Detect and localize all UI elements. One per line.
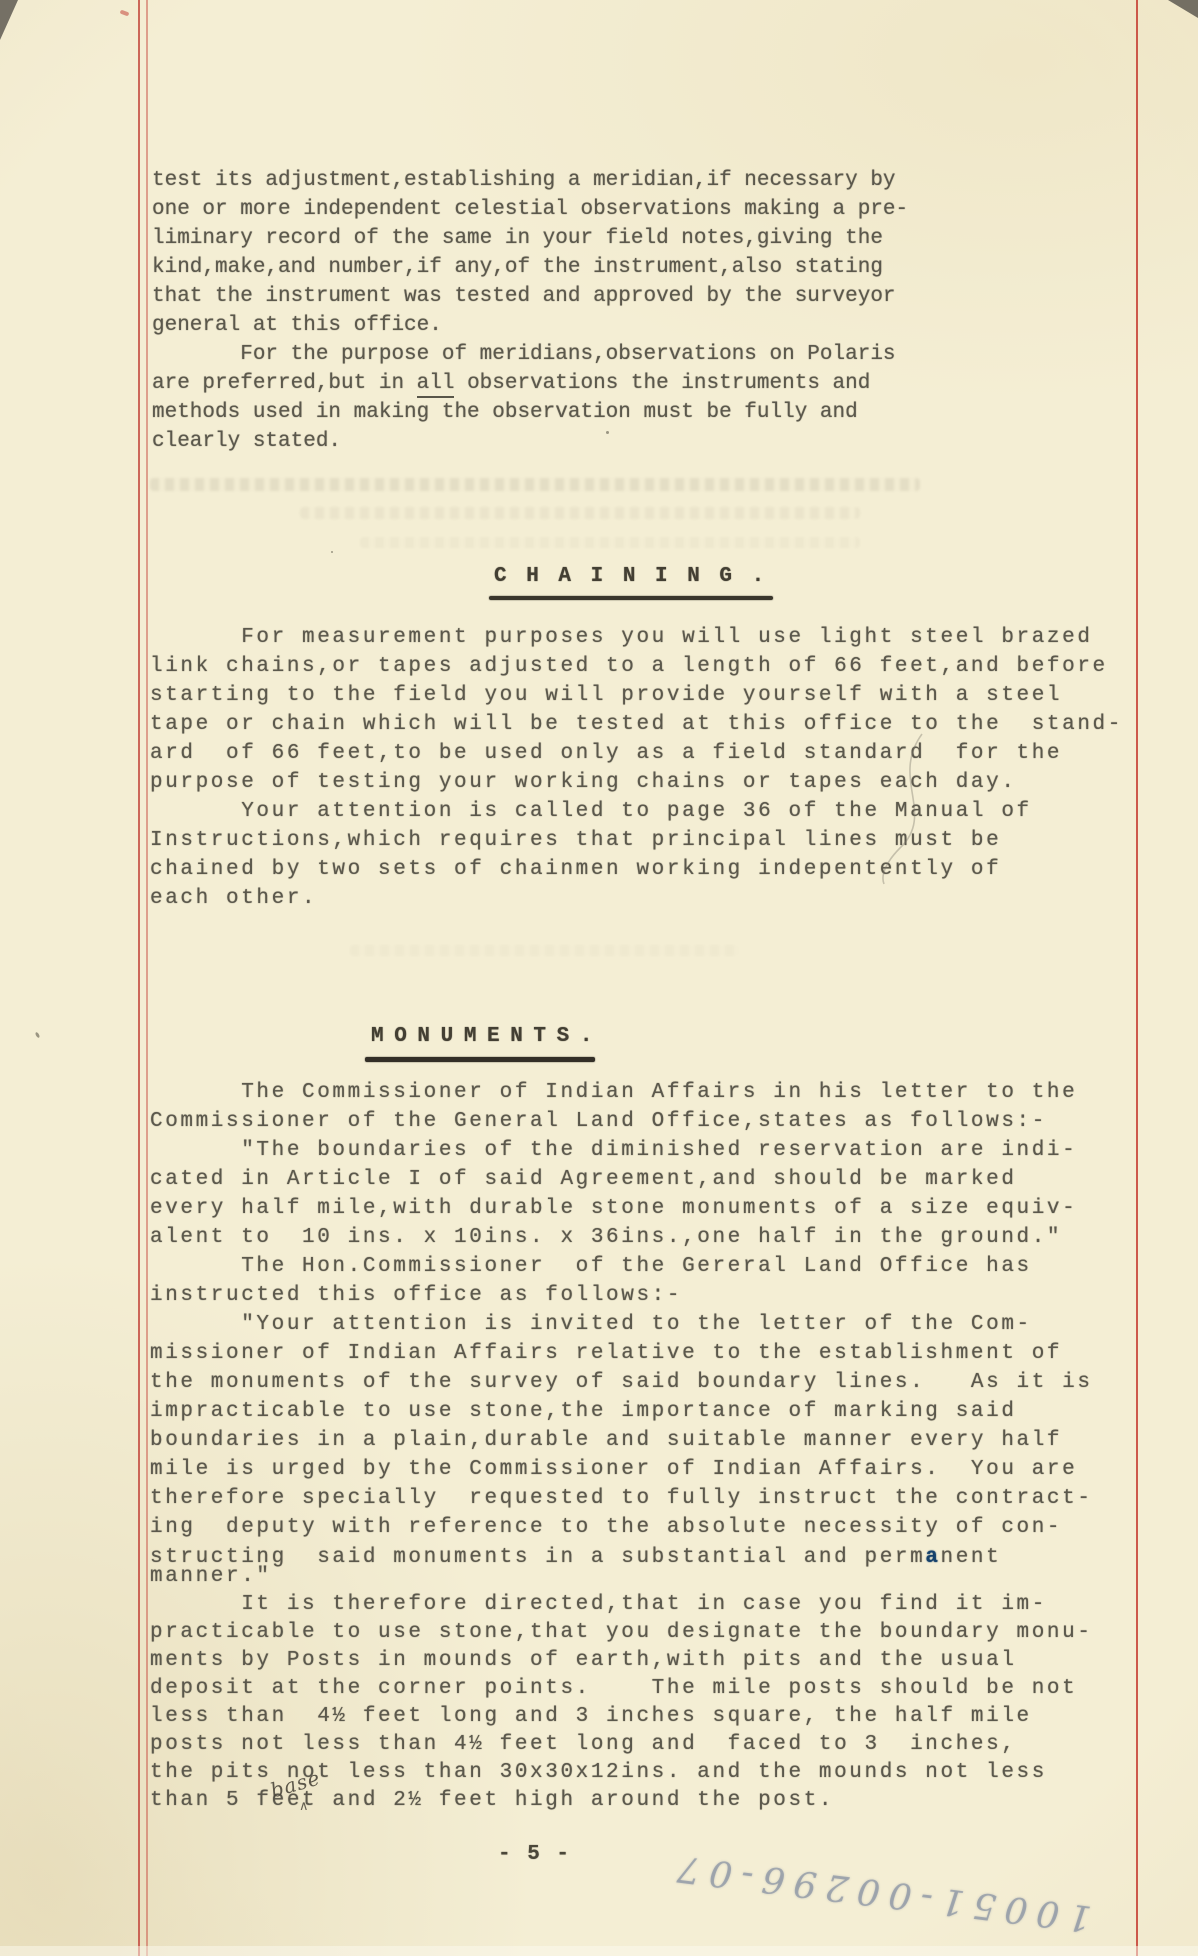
ink-speck — [35, 1032, 41, 1039]
left-margin-line-inner — [146, 0, 148, 1956]
paragraph-meridian: test its adjustment,establishing a merid… — [152, 166, 908, 340]
paragraph-polaris-rest: methods used in making the observation m… — [152, 398, 858, 456]
line-segment: are preferred,but in — [152, 372, 417, 395]
pen-scratch — [840, 728, 950, 888]
page-number: - 5 - — [498, 1840, 571, 1869]
ink-speck — [331, 551, 333, 553]
document-page: test its adjustment,establishing a merid… — [0, 0, 1198, 1956]
insertion-caret-mark: ∧ — [299, 1799, 309, 1814]
left-margin-line-outer — [138, 0, 140, 1956]
handwritten-archive-number: 10051-00296-07 — [598, 1828, 1161, 1956]
bleed-through-band — [150, 478, 920, 491]
bleed-through-band — [350, 945, 740, 956]
underlined-word-all: all — [417, 372, 455, 398]
bottom-edge-light-strip — [0, 1946, 1198, 1956]
paragraph-chaining: For measurement purposes you will use li… — [150, 623, 1123, 913]
bleed-through-band — [300, 507, 860, 519]
paragraph-polaris-first-line: For the purpose of meridians,observation… — [152, 340, 896, 369]
right-margin-line — [1136, 0, 1138, 1956]
section-heading-chaining: C H A I N I N G . — [494, 562, 768, 591]
chaining-heading-underline — [489, 596, 773, 600]
section-heading-monuments: M O N U M E N T S . — [371, 1022, 591, 1051]
line-segment: observations the instruments and — [454, 372, 870, 395]
top-right-corner-mark — [1168, 0, 1198, 18]
top-left-corner-mark — [0, 0, 18, 40]
paragraph-monuments-first: The Commissioner of Indian Affairs in hi… — [150, 1078, 1093, 1542]
monuments-heading-underline — [365, 1057, 595, 1062]
bleed-through-band — [360, 537, 860, 548]
red-tick-mark — [120, 10, 130, 17]
paragraph-polaris-underline-line: are preferred,but in all observations th… — [152, 369, 870, 398]
